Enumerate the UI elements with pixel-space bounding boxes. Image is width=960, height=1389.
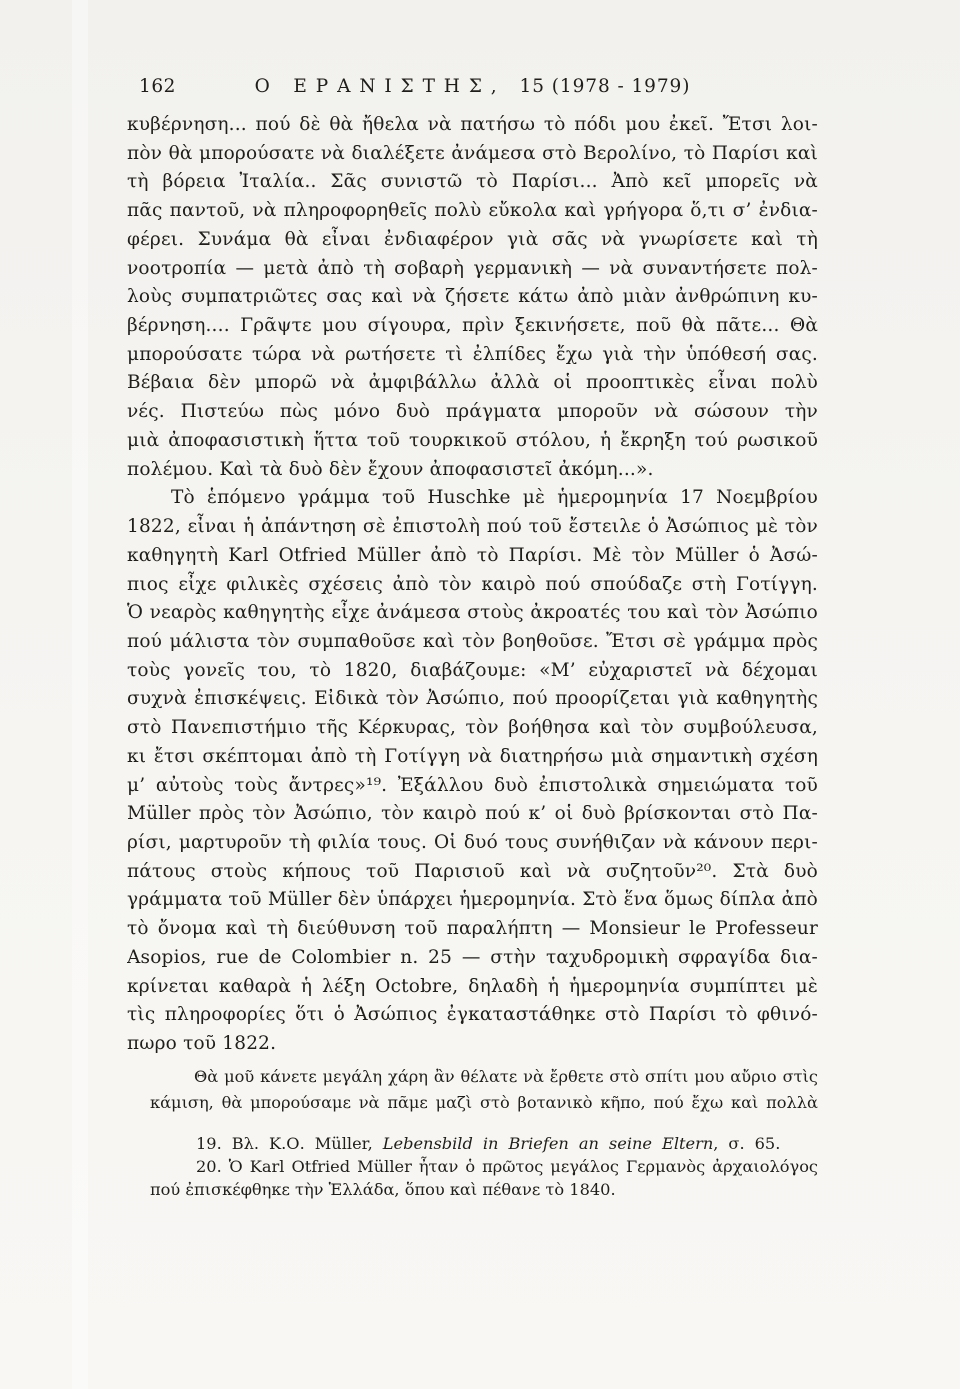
text-line: ρίσι, μαρτυροῦν τὴ φιλία τους. Οἱ δυό το… (127, 829, 818, 858)
text-line: τὴ βόρεια Ἰταλία.. Σᾶς συνιστῶ τὸ Παρίσι… (127, 168, 818, 197)
text-line: κυβέρνηση... πού δὲ θὰ ἤθελα νὰ πατήσω τ… (127, 111, 818, 140)
footnote-20-line: 20. Ὁ Karl Otfried Müller ἦταν ὁ πρῶτος … (150, 1155, 818, 1178)
quote-line: Θὰ μοῦ κάνετε μεγάλη χάρη ἂν θέλατε νὰ ἔ… (150, 1064, 818, 1090)
text-line: γράμματα τοῦ Müller δὲν ὑπάρχει ἡμερομην… (127, 886, 818, 915)
footnote-19: 19. Βλ. Κ.Ο. Müller, Lebensbild in Brief… (150, 1132, 818, 1155)
text-line: πᾶς παντοῦ, νὰ πληροφορηθεῖς πολὺ εὔκολα… (127, 197, 818, 226)
text-line: μιὰ ἀποφασιστικὴ ἥττα τοῦ τουρκικοῦ στόλ… (127, 427, 818, 456)
text-line: πού μάλιστα τὸν συμπαθοῦσε καὶ τὸν βοηθο… (127, 628, 818, 657)
body-text: κυβέρνηση... πού δὲ θὰ ἤθελα νὰ πατήσω τ… (127, 111, 818, 1059)
text-line: βέρνηση.... Γρᾶψτε μου σίγουρα, πρὶν ξεκ… (127, 312, 818, 341)
text-line: φέρει. Συνάμα θὰ εἶναι ἐνδιαφέρον γιὰ σᾶ… (127, 226, 818, 255)
footnote-19-pages: , σ. 65. (713, 1134, 780, 1153)
text-line: συχνὰ ἐπισκέψεις. Εἰδικὰ τὸν Ἀσώπιο, πού… (127, 685, 818, 714)
footnote-19-text: 19. Βλ. Κ.Ο. Müller, (196, 1134, 383, 1153)
text-line: πάτους στοὺς κήπους τοῦ Παρισιοῦ καὶ νὰ … (127, 858, 818, 887)
text-line: Βέβαια δὲν μπορῶ νὰ ἀμφιβάλλω ἀλλὰ οἱ πρ… (127, 369, 818, 398)
scanned-book-page: 162 Ο ΕΡΑΝΙΣΤΗΣ,15 (1978 - 1979) κυβέρνη… (0, 0, 960, 1389)
text-line: Ὁ νεαρὸς καθηγητὴς εἶχε ἀνάμεσα στοὺς ἀκ… (127, 599, 818, 628)
text-line: νές. Πιστεύω πὼς μόνο δυὸ πράγματα μπορο… (127, 398, 818, 427)
text-line: 1822, εἶναι ἡ ἀπάντηση σὲ ἐπιστολὴ πού τ… (127, 513, 818, 542)
text-line: καθηγητὴ Karl Otfried Müller ἀπὸ τὸ Παρί… (127, 542, 818, 571)
text-line: κρίνεται καθαρὰ ἡ λέξη Octobre, δηλαδὴ ἡ… (127, 973, 818, 1002)
text-line: μπορούσατε τώρα νὰ ρωτήσετε τὶ ἐλπίδες ἔ… (127, 341, 818, 370)
running-title: Ο ΕΡΑΝΙΣΤΗΣ,15 (1978 - 1979) (127, 76, 818, 97)
text-line: Τὸ ἑπόμενο γράμμα τοῦ Huschke μὲ ἡμερομη… (127, 484, 818, 513)
text-line: Müller πρὸς τὸν Ἀσώπιο, τὸν καιρὸ πού κ’… (127, 800, 818, 829)
journal-title: Ο ΕΡΑΝΙΣΤΗΣ, (255, 76, 506, 97)
text-line: τοὺς γονεῖς του, τὸ 1820, διαβάζουμε: «Μ… (127, 657, 818, 686)
footnote-19-book-title: Lebensbild in Briefen an seine Eltern (383, 1134, 714, 1153)
block-quote: Θὰ μοῦ κάνετε μεγάλη χάρη ἂν θέλατε νὰ ἔ… (150, 1064, 818, 1116)
text-line: κι ἔτσι σκέπτομαι ἀπὸ τὴ Γοτίγγη νὰ διατ… (127, 743, 818, 772)
footnotes: 19. Βλ. Κ.Ο. Müller, Lebensbild in Brief… (150, 1132, 818, 1202)
text-line: μ’ αὐτοὺς τοὺς ἄντρες»¹⁹. Ἐξάλλου δυὸ ἐπ… (127, 772, 818, 801)
text-line: λοὺς συμπατριῶτες σας καὶ νὰ ζήσετε κάτω… (127, 283, 818, 312)
text-line: τὶς πληροφορίες ὅτι ὁ Ἀσώπιος ἐγκαταστάθ… (127, 1001, 818, 1030)
text-line: πωρο τοῦ 1822. (127, 1030, 818, 1059)
text-line: πολέμου. Καὶ τὰ δυὸ δὲν ἔχουν ἀποφασιστε… (127, 456, 818, 485)
text-line: πιος εἶχε φιλικὲς σχέσεις ἀπὸ τὸν καιρὸ … (127, 571, 818, 600)
text-line: νοοτροπία — μετὰ ἀπὸ τὴ σοβαρὴ γερμανικὴ… (127, 255, 818, 284)
text-line: Asopios, rue de Colombier n. 25 — στὴν τ… (127, 944, 818, 973)
text-line: στὸ Πανεπιστήμιο τῆς Κέρκυρας, τὸν βοήθη… (127, 714, 818, 743)
text-line: πὸν θὰ μπορούσατε νὰ διαλέξετε ἀνάμεσα σ… (127, 140, 818, 169)
page-header: 162 Ο ΕΡΑΝΙΣΤΗΣ,15 (1978 - 1979) (127, 76, 818, 102)
journal-issue: 15 (1978 - 1979) (520, 76, 691, 97)
footnote-20-line: πού ἐπισκέφθηκε τὴν Ἑλλάδα, ὅπου καὶ πέθ… (150, 1178, 818, 1201)
quote-line: κάμιση, θὰ μπορούσαμε νὰ πᾶμε μαζὶ στὸ β… (150, 1090, 818, 1116)
text-line: τὸ ὄνομα καὶ τὴ διεύθυνση τοῦ παραλήπτη … (127, 915, 818, 944)
